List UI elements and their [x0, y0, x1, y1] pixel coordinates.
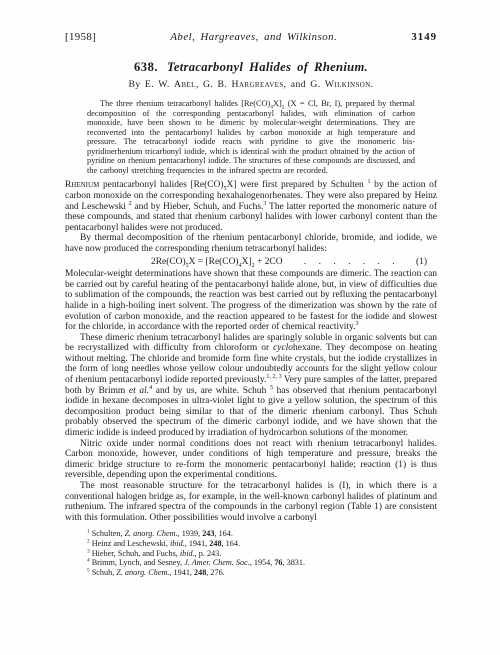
footnote-1: 1 Schulten, Z. anorg. Chem., 1939, 243, …	[87, 529, 437, 539]
footnotes: 1 Schulten, Z. anorg. Chem., 1939, 243, …	[65, 529, 437, 578]
footnote-2: 2 Heinz and Leschewski, ibid., 1941, 248…	[87, 539, 437, 549]
byline: By E. W. Abel, G. B. Hargreaves, and G. …	[65, 79, 437, 90]
paragraph-nitric-oxide: Nitric oxide under normal conditions doe…	[65, 439, 437, 481]
footnote-5: 5 Schuh, Z. anorg. Chem., 1941, 248, 276…	[87, 568, 437, 578]
running-head-authors: Abel, Hargreaves, and Wilkinson.	[170, 31, 337, 44]
equation-1: 2Re(CO)5X = [Re(CO)4X]2 + 2CO . . . . . …	[65, 255, 437, 270]
page-number: 3149	[411, 31, 437, 44]
equation-dot-leaders: . . . . . . .	[289, 257, 410, 268]
running-head: [1958] Abel, Hargreaves, and Wilkinson. …	[65, 31, 437, 44]
paragraph-solubility: These dimeric rhenium tetracarbonyl hali…	[65, 333, 437, 439]
abstract: The three rhenium tetracarbonyl halides …	[87, 99, 415, 175]
journal-page: [1958] Abel, Hargreaves, and Wilkinson. …	[0, 0, 500, 655]
paragraph-structure: The most reasonable structure for the te…	[65, 481, 437, 523]
equation-number: (1)	[416, 257, 427, 268]
equation-formula: 2Re(CO)5X = [Re(CO)4X]2 + 2CO	[151, 257, 283, 268]
article-title: 638.Tetracarbonyl Halides of Rhenium.	[65, 61, 437, 74]
paragraph-thermal-decomposition: By thermal decomposition of the rhenium …	[65, 233, 437, 254]
article-number: 638.	[134, 60, 158, 74]
paragraph-molecular-weight: Molecular-weight determinations have sho…	[65, 269, 437, 333]
article-title-text: Tetracarbonyl Halides of Rhenium.	[167, 60, 368, 74]
article-body: Rhenium pentacarbonyl halides [Re(CO)5X]…	[65, 180, 437, 523]
paragraph-intro: Rhenium pentacarbonyl halides [Re(CO)5X]…	[65, 180, 437, 233]
running-head-year: [1958]	[65, 31, 96, 44]
footnote-4: 4 Brimm, Lynch, and Sesney, J. Amer. Che…	[87, 558, 437, 568]
